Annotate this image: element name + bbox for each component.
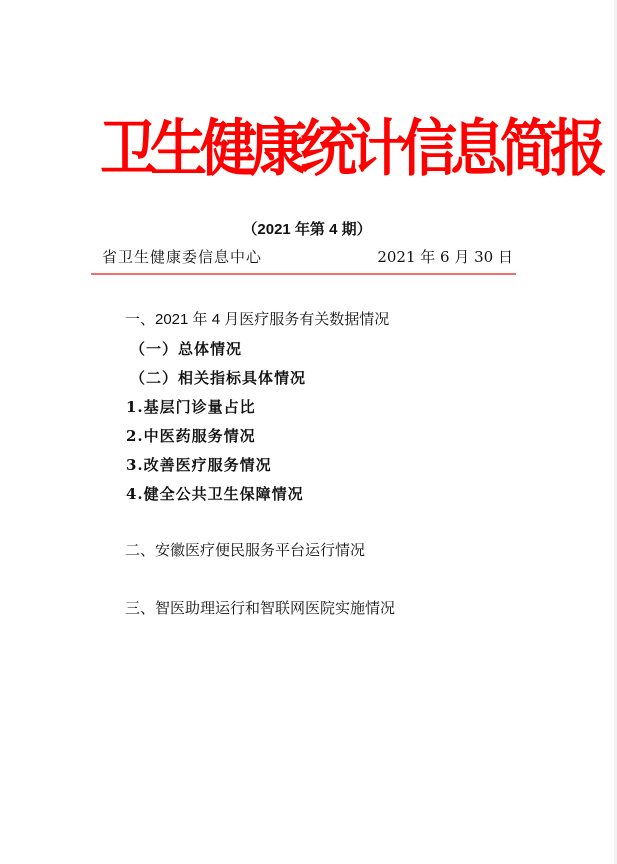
toc-item-3: 3.改善医疗服务情况 xyxy=(126,455,272,475)
toc-subsection-2: （二）相关指标具体情况 xyxy=(130,368,306,388)
toc-section-1: 一、2021 年 4 月医疗服务有关数据情况 xyxy=(125,310,389,330)
issuer: 省卫生健康委信息中心 xyxy=(102,247,262,267)
masthead-title: 卫生健康统计信息简报 xyxy=(100,109,510,189)
toc-subsection-1: （一）总体情况 xyxy=(130,339,242,359)
toc-item-4: 4.健全公共卫生保障情况 xyxy=(126,484,304,504)
toc-item-1: 1.基层门诊量占比 xyxy=(126,397,256,417)
toc-item-2: 2.中医药服务情况 xyxy=(126,426,256,446)
publish-date: 2021 年 6 月 30 日 xyxy=(377,247,513,267)
toc-section-3: 三、智医助理运行和智联网医院实施情况 xyxy=(125,599,395,619)
toc-section-2: 二、安徽医疗便民服务平台运行情况 xyxy=(125,541,365,561)
document-page: 卫生健康统计信息简报 （2021 年第 4 期） 省卫生健康委信息中心 2021… xyxy=(0,0,614,864)
issue-number: （2021 年第 4 期） xyxy=(0,220,614,240)
red-divider xyxy=(91,273,516,275)
